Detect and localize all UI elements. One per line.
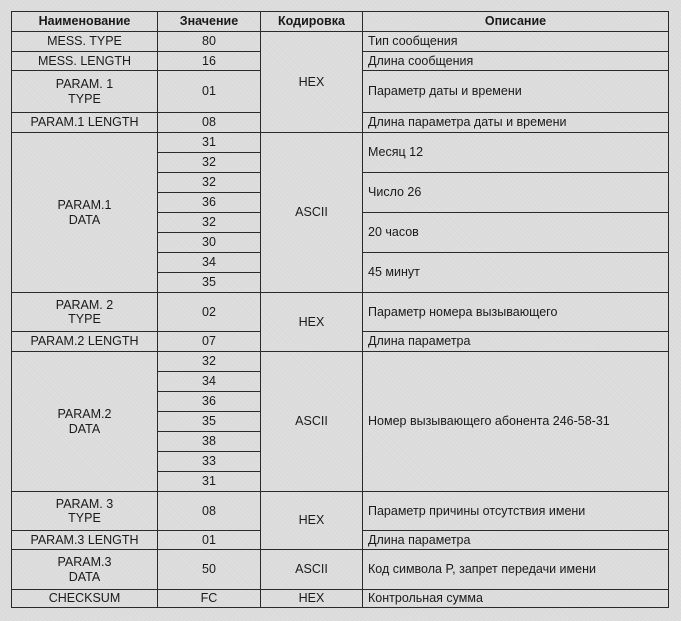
field-value: 50 — [158, 550, 261, 590]
field-name: PARAM.3 LENGTH — [12, 531, 158, 550]
field-description: Контрольная сумма — [363, 590, 669, 608]
field-value: 01 — [158, 71, 261, 113]
field-value: 35 — [158, 273, 261, 293]
message-format-table: Наименование Значение Кодировка Описание… — [11, 11, 669, 608]
header-name: Наименование — [12, 12, 158, 32]
field-description: Длина параметра — [363, 531, 669, 550]
field-value: FC — [158, 590, 261, 608]
field-description: Длина параметра — [363, 332, 669, 352]
field-name: PARAM.1 LENGTH — [12, 113, 158, 133]
field-encoding: ASCII — [261, 550, 363, 590]
field-description: Тип сообщения — [363, 32, 669, 52]
field-value: 31 — [158, 472, 261, 492]
table-row: PARAM. 2 TYPE 02 HEX Параметр номера выз… — [12, 293, 669, 332]
field-value: 34 — [158, 253, 261, 273]
field-description: Код символа P, запрет передачи имени — [363, 550, 669, 590]
field-value: 08 — [158, 113, 261, 133]
page: { "headers": ["Наименование", "Значение"… — [0, 0, 681, 621]
field-name-line2: TYPE — [12, 312, 157, 326]
field-value: 32 — [158, 153, 261, 173]
field-value: 80 — [158, 32, 261, 52]
field-name: PARAM.3 DATA — [12, 550, 158, 590]
field-name: PARAM. 1 TYPE — [12, 71, 158, 113]
field-encoding: HEX — [261, 293, 363, 352]
field-description: Число 26 — [363, 173, 669, 213]
table-row: PARAM.3 DATA 50 ASCII Код символа P, зап… — [12, 550, 669, 590]
table-row: PARAM. 3 TYPE 08 HEX Параметр причины от… — [12, 492, 669, 531]
field-description: Месяц 12 — [363, 133, 669, 173]
field-value: 16 — [158, 52, 261, 71]
field-name-line1: PARAM.2 — [12, 407, 157, 421]
field-name-line2: DATA — [12, 213, 157, 227]
field-encoding: HEX — [261, 32, 363, 133]
field-name: MESS. TYPE — [12, 32, 158, 52]
field-description: Параметр номера вызывающего — [363, 293, 669, 332]
field-description: 20 часов — [363, 213, 669, 253]
field-value: 07 — [158, 332, 261, 352]
field-description: 45 минут — [363, 253, 669, 293]
header-encoding: Кодировка — [261, 12, 363, 32]
table-row: PARAM.1 DATA 31 ASCII Месяц 12 — [12, 133, 669, 153]
field-value: 32 — [158, 352, 261, 372]
field-name-line1: PARAM. 3 — [12, 497, 157, 511]
field-description: Параметр даты и времени — [363, 71, 669, 113]
field-name: PARAM.1 DATA — [12, 133, 158, 293]
field-name-line1: PARAM. 1 — [12, 77, 157, 91]
field-value: 33 — [158, 452, 261, 472]
field-encoding: ASCII — [261, 133, 363, 293]
field-name: MESS. LENGTH — [12, 52, 158, 71]
field-encoding: ASCII — [261, 352, 363, 492]
field-description: Длина сообщения — [363, 52, 669, 71]
field-name: PARAM.2 LENGTH — [12, 332, 158, 352]
field-value: 36 — [158, 193, 261, 213]
field-encoding: HEX — [261, 590, 363, 608]
field-name: CHECKSUM — [12, 590, 158, 608]
field-name-line1: PARAM.1 — [12, 198, 157, 212]
field-name: PARAM.2 DATA — [12, 352, 158, 492]
field-name-line2: DATA — [12, 570, 157, 584]
field-name-line2: TYPE — [12, 511, 157, 525]
field-name-line2: TYPE — [12, 92, 157, 106]
field-value: 34 — [158, 372, 261, 392]
table-row: MESS. TYPE 80 HEX Тип сообщения — [12, 32, 669, 52]
field-name-line1: PARAM.3 — [12, 555, 157, 569]
field-name-line1: PARAM. 2 — [12, 298, 157, 312]
field-name: PARAM. 3 TYPE — [12, 492, 158, 531]
field-description: Длина параметра даты и времени — [363, 113, 669, 133]
field-value: 02 — [158, 293, 261, 332]
field-value: 30 — [158, 233, 261, 253]
field-name-line2: DATA — [12, 422, 157, 436]
field-value: 08 — [158, 492, 261, 531]
field-value: 35 — [158, 412, 261, 432]
field-value: 36 — [158, 392, 261, 412]
header-value: Значение — [158, 12, 261, 32]
field-value: 01 — [158, 531, 261, 550]
field-description: Номер вызывающего абонента 246-58-31 — [363, 352, 669, 492]
field-value: 38 — [158, 432, 261, 452]
header-row: Наименование Значение Кодировка Описание — [12, 12, 669, 32]
field-value: 32 — [158, 213, 261, 233]
table-row: CHECKSUM FC HEX Контрольная сумма — [12, 590, 669, 608]
field-description: Параметр причины отсутствия имени — [363, 492, 669, 531]
field-name: PARAM. 2 TYPE — [12, 293, 158, 332]
field-value: 32 — [158, 173, 261, 193]
field-encoding: HEX — [261, 492, 363, 550]
header-description: Описание — [363, 12, 669, 32]
table-row: PARAM.2 DATA 32 ASCII Номер вызывающего … — [12, 352, 669, 372]
field-value: 31 — [158, 133, 261, 153]
